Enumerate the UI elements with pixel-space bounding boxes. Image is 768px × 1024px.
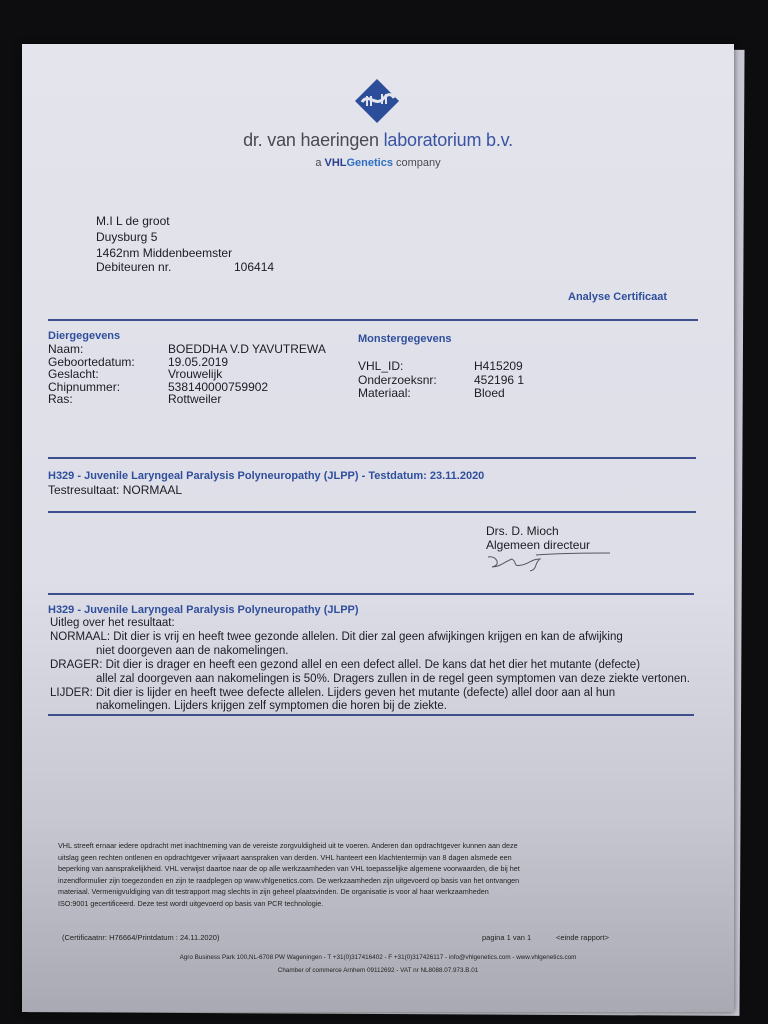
- disclaimer-line: ISO:9001 gecertificeerd. Deze test wordt…: [58, 899, 323, 908]
- sample-field-label: Materiaal:: [358, 386, 411, 400]
- debtor-number: 106414: [234, 260, 274, 274]
- tagline-brand-genetics: Genetics: [347, 157, 393, 169]
- certificate-number: (Certificaatnr: H76664/Printdatum : 24.1…: [62, 933, 219, 942]
- explanation-intro: Uitleg over het resultaat:: [50, 617, 175, 629]
- disclaimer-line: VHL streeft ernaar iedere opdracht met i…: [58, 841, 518, 850]
- dna-diamond-logo-icon: [354, 78, 400, 124]
- recipient-name: M.I L de groot: [96, 214, 170, 228]
- animal-field-value: Rottweiler: [168, 392, 221, 406]
- sample-field-label: Onderzoeksnr:: [358, 373, 437, 387]
- disclaimer-line: beperking van aansprakelijkheid. VHL ver…: [58, 864, 520, 873]
- divider: [48, 714, 694, 716]
- animal-section-heading: Diergegevens: [48, 330, 120, 342]
- debtor-label: Debiteuren nr.: [96, 260, 171, 274]
- tagline-suffix: company: [396, 157, 441, 169]
- document-type: Analyse Certificaat: [568, 291, 667, 303]
- divider: [48, 593, 694, 595]
- sample-field-label: VHL_ID:: [358, 359, 403, 373]
- company-address-line: Agro Business Park 100,NL-6708 PW Wageni…: [22, 954, 734, 961]
- sample-field-value: 452196 1: [474, 373, 524, 387]
- sample-field-value: Bloed: [474, 386, 505, 400]
- sample-field-value: H415209: [474, 359, 523, 373]
- animal-field-label: Ras:: [48, 392, 73, 406]
- disclaimer-line: uitslag geen rechten ontlenen en opdrach…: [58, 853, 512, 862]
- explanation-lijder-line1: LIJDER: Dit dier is lijder en heeft twee…: [50, 687, 615, 699]
- company-name: dr. van haeringen laboratorium b.v.: [22, 130, 734, 151]
- explanation-title: H329 - Juvenile Laryngeal Paralysis Poly…: [48, 604, 359, 616]
- company-name-main: dr. van haeringen: [243, 130, 379, 150]
- recipient-street: Duysburg 5: [96, 230, 157, 244]
- end-of-report: <einde rapport>: [556, 933, 609, 942]
- tagline-brand-vhl: VHL: [325, 157, 347, 169]
- signature-icon: [482, 549, 612, 579]
- page-indicator: pagina 1 van 1: [482, 933, 531, 942]
- recipient-city: 1462nm Middenbeemster: [96, 246, 232, 260]
- company-registry-line: Chamber of commerce Arnhem 09112692 - VA…: [22, 967, 734, 974]
- divider: [48, 511, 696, 513]
- signatory-name: Drs. D. Mioch: [486, 524, 559, 538]
- sample-section-heading: Monstergegevens: [358, 333, 452, 345]
- tagline-prefix: a: [315, 157, 321, 169]
- divider: [48, 319, 698, 321]
- explanation-drager-line2: allel zal doorgeven aan nakomelingen is …: [96, 673, 690, 685]
- explanation-lijder-line2: nakomelingen. Lijders krijgen zelf sympt…: [96, 700, 447, 712]
- disclaimer-line: materiaal. Vermenigvuldiging van dit tes…: [58, 887, 489, 896]
- test-result: Testresultaat: NORMAAL: [48, 483, 182, 497]
- explanation-normaal-line1: NORMAAL: Dit dier is vrij en heeft twee …: [50, 631, 623, 643]
- divider: [48, 457, 696, 459]
- certificate-page: dr. van haeringen laboratorium b.v. a VH…: [22, 44, 734, 1012]
- explanation-drager-line1: DRAGER: Dit dier is drager en heeft een …: [50, 659, 640, 671]
- test-title: H329 - Juvenile Laryngeal Paralysis Poly…: [48, 470, 484, 482]
- company-name-lab: laboratorium b.v.: [384, 130, 513, 150]
- company-tagline: a VHLGenetics company: [22, 157, 734, 169]
- disclaimer-line: inzendformulier zijn toegezonden en zijn…: [58, 876, 519, 885]
- explanation-normaal-line2: niet doorgeven aan de nakomelingen.: [96, 645, 288, 657]
